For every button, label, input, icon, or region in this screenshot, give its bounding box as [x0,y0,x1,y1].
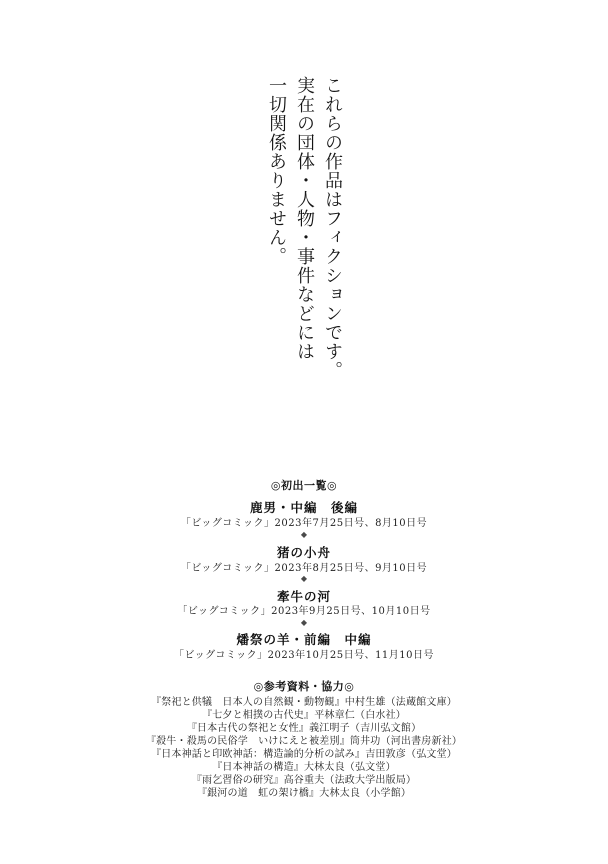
reference-item-5: 『日本神話と印欧神話：構造論的分析の試み』吉田敦彦（弘文堂） [0,748,608,761]
disclaimer-line-3: 一切関係ありません。 [262,76,290,386]
book-page: これらの作品はフィクションです。 実在の団体・人物・事件などには 一切関係ありま… [0,0,608,864]
reference-item-3: 『日本古代の祭祀と女性』義江明子（吉川弘文館） [0,722,608,735]
entry-publication-3: 「ビッグコミック」2023年9月25日号、10月10日号 [0,602,608,617]
first-publication-heading: ◎初出一覧◎ [0,477,608,493]
reference-item-1: 『祭祀と供犠 日本人の自然観・動物観』中村生雄（法蔵館文庫） [0,696,608,709]
disclaimer-line-1: これらの作品はフィクションです。 [318,76,346,386]
diamond-separator-icon: ◆ [0,619,608,627]
diamond-separator-icon: ◆ [0,531,608,539]
references-list: 『祭祀と供犠 日本人の自然観・動物観』中村生雄（法蔵館文庫） 『七夕と相撲の古代… [0,696,608,800]
fiction-disclaimer: これらの作品はフィクションです。 実在の団体・人物・事件などには 一切関係ありま… [262,76,346,386]
disclaimer-line-2: 実在の団体・人物・事件などには [290,76,318,386]
references-heading: ◎参考資料・協力◎ [0,678,608,694]
reference-item-6: 『日本神話の構造』大林太良（弘文堂） [0,761,608,774]
reference-item-4: 『殺牛・殺馬の民俗学 いけにえと被差別』筒井功（河出書房新社） [0,735,608,748]
entry-publication-2: 「ビッグコミック」2023年8月25日号、9月10日号 [0,559,608,574]
diamond-separator-icon: ◆ [0,575,608,583]
reference-item-8: 『銀河の道 虹の架け橋』大林太良（小学館） [0,787,608,800]
reference-item-7: 『雨乞習俗の研究』高谷重夫（法政大学出版局） [0,774,608,787]
entry-publication-1: 「ビッグコミック」2023年7月25日号、8月10日号 [0,514,608,529]
reference-item-2: 『七夕と相撲の古代史』平林章仁（白水社） [0,709,608,722]
entry-publication-4: 「ビッグコミック」2023年10月25日号、11月10日号 [0,646,608,661]
